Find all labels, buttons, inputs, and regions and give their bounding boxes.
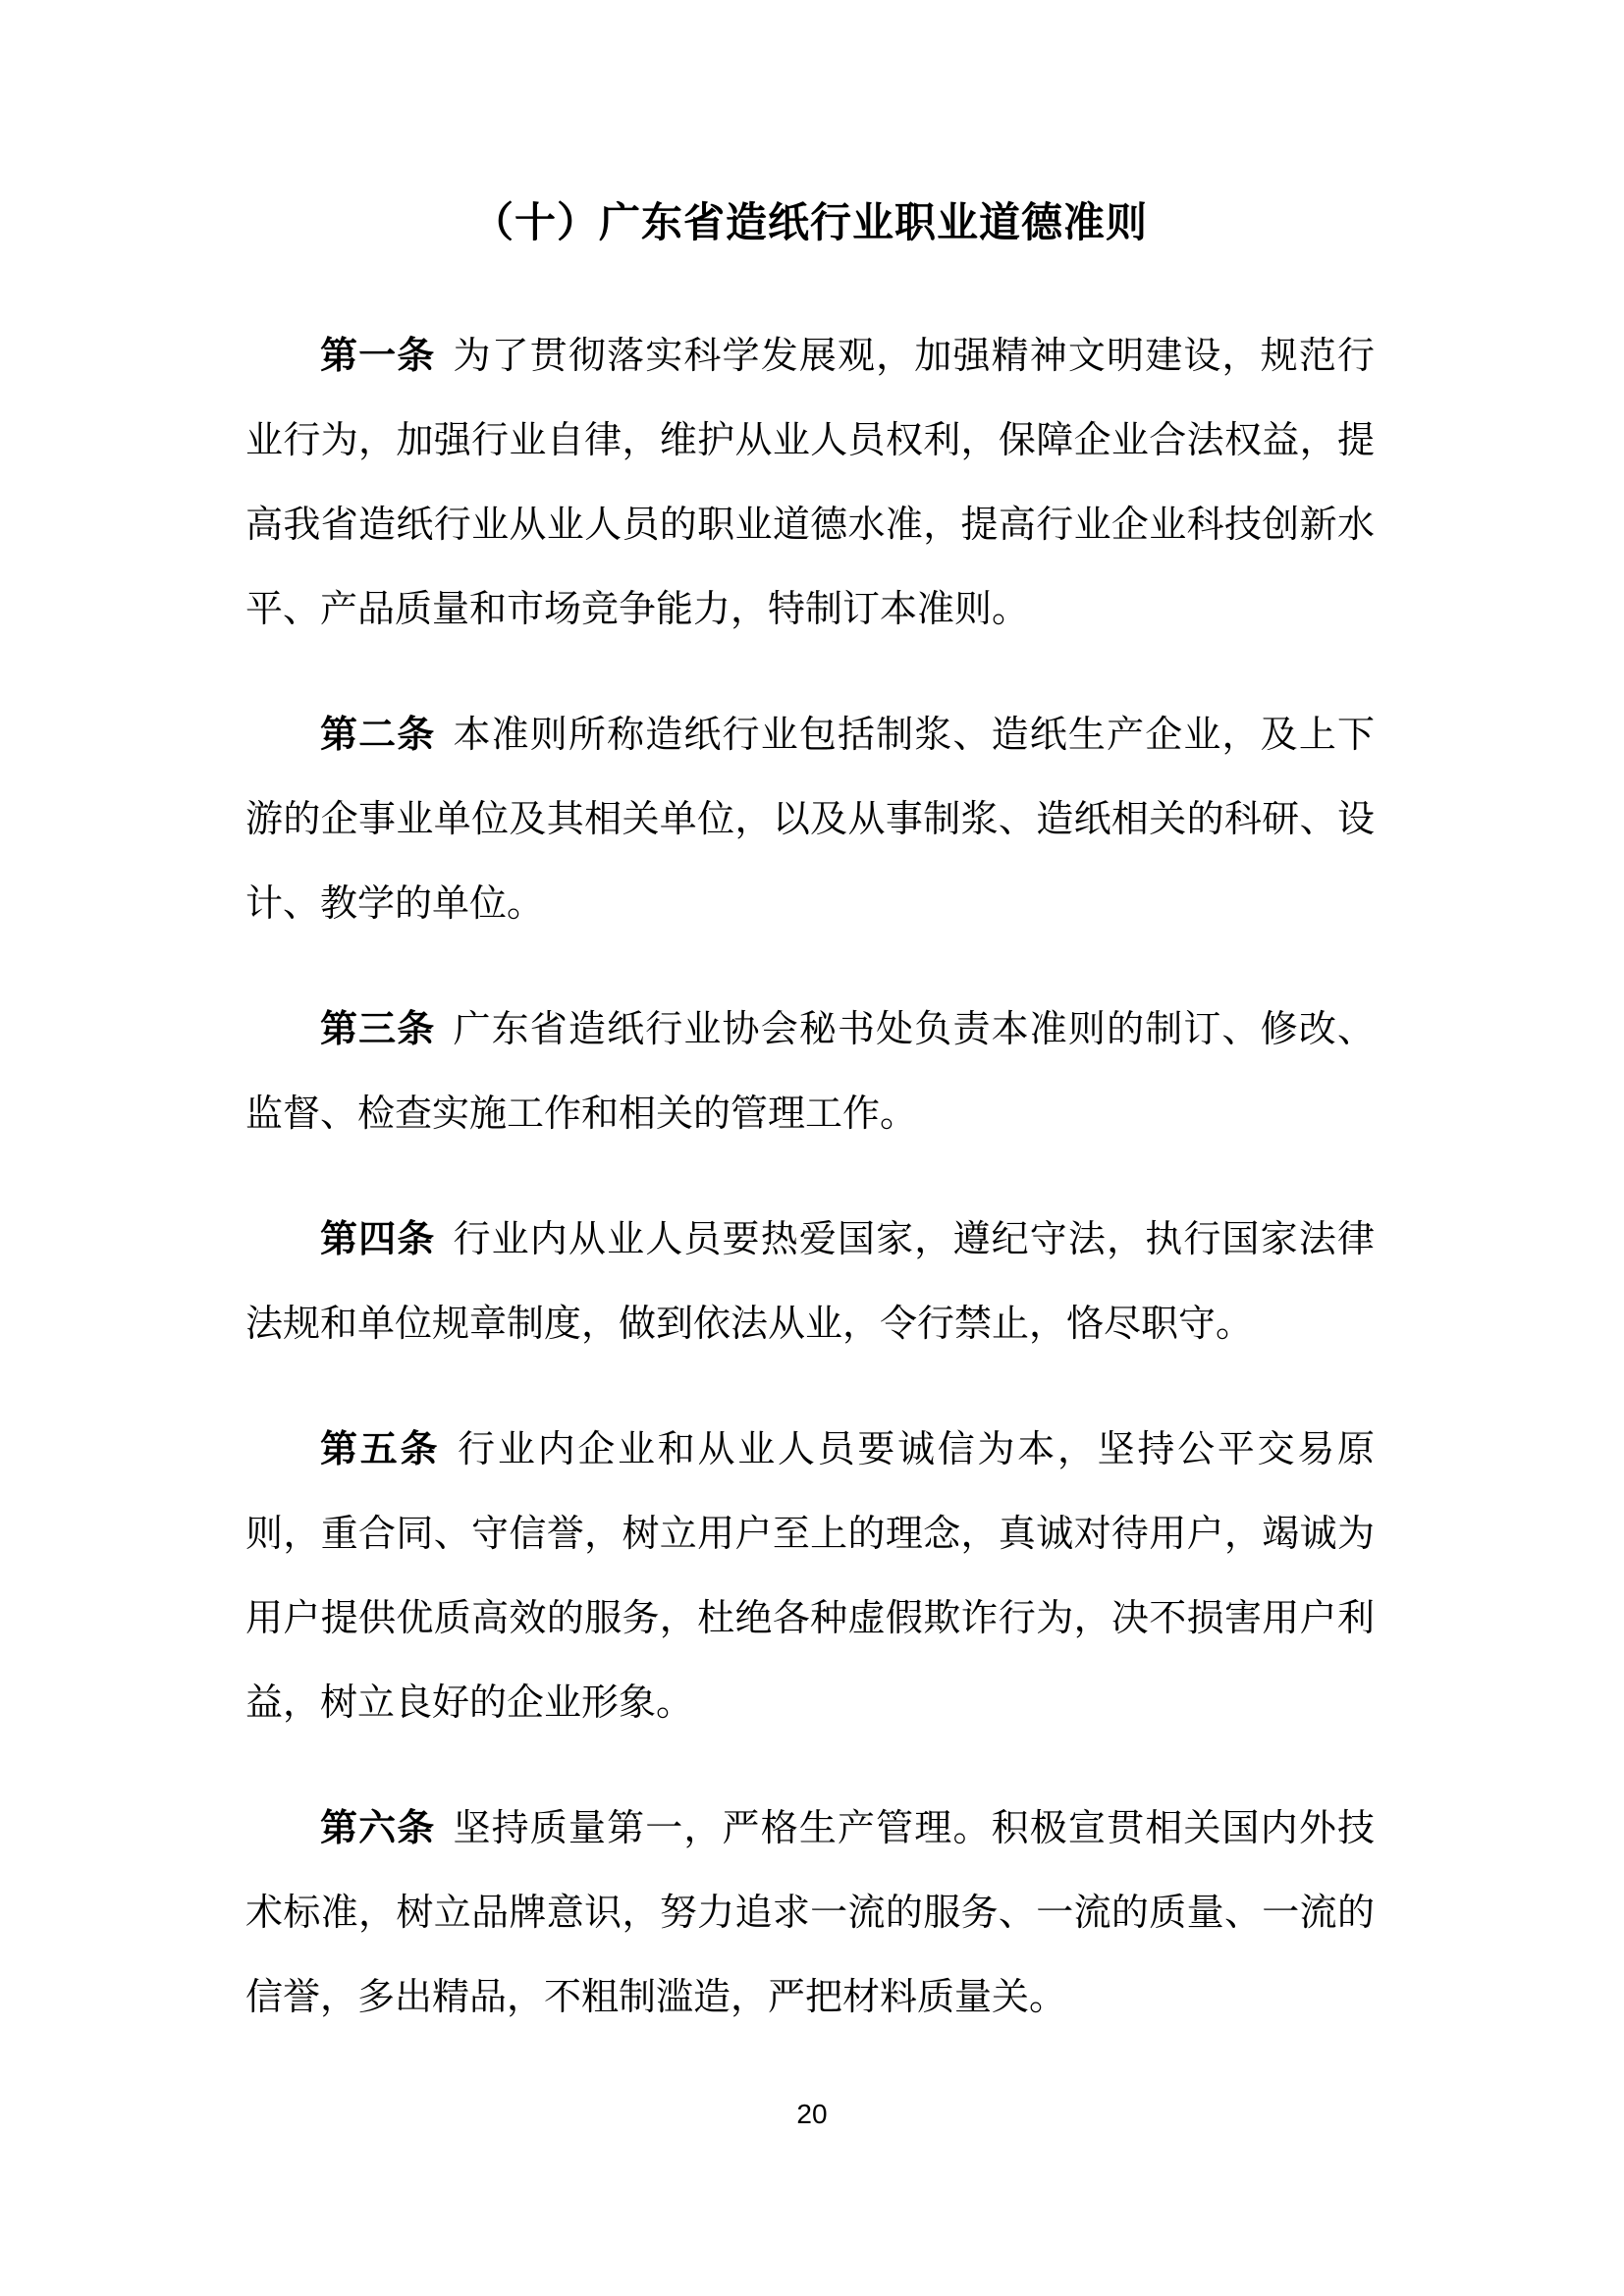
document-page: （十）广东省造纸行业职业道德准则 第一条为了贯彻落实科学发展观，加强精神文明建设… (0, 0, 1624, 2296)
article-6: 第六条坚持质量第一，严格生产管理。积极宣贯相关国内外技术标准，树立品牌意识，努力… (245, 1787, 1375, 2040)
article-2-label: 第二条 (320, 715, 435, 756)
page-number: 20 (0, 2099, 1624, 2130)
article-1-label: 第一条 (320, 336, 435, 377)
article-4-label: 第四条 (320, 1219, 435, 1260)
page-title: （十）广东省造纸行业职业道德准则 (245, 192, 1375, 255)
article-3-label: 第三条 (320, 1009, 435, 1050)
article-2: 第二条本准则所称造纸行业包括制浆、造纸生产企业，及上下游的企事业单位及其相关单位… (245, 693, 1375, 946)
article-5: 第五条行业内企业和从业人员要诚信为本，坚持公平交易原则，重合同、守信誉，树立用户… (245, 1408, 1375, 1745)
document-body: （十）广东省造纸行业职业道德准则 第一条为了贯彻落实科学发展观，加强精神文明建设… (245, 0, 1375, 2081)
article-4: 第四条行业内从业人员要热爱国家，遵纪守法，执行国家法律法规和单位规章制度，做到依… (245, 1198, 1375, 1366)
article-1: 第一条为了贯彻落实科学发展观，加强精神文明建设，规范行业行为，加强行业自律，维护… (245, 314, 1375, 652)
article-3: 第三条广东省造纸行业协会秘书处负责本准则的制订、修改、监督、检查实施工作和相关的… (245, 988, 1375, 1156)
article-1-text: 为了贯彻落实科学发展观，加强精神文明建设，规范行业行为，加强行业自律，维护从业人… (245, 336, 1375, 630)
article-6-label: 第六条 (320, 1808, 435, 1849)
article-5-text: 行业内企业和从业人员要诚信为本，坚持公平交易原则，重合同、守信誉，树立用户至上的… (245, 1429, 1375, 1724)
article-5-label: 第五条 (320, 1429, 440, 1470)
